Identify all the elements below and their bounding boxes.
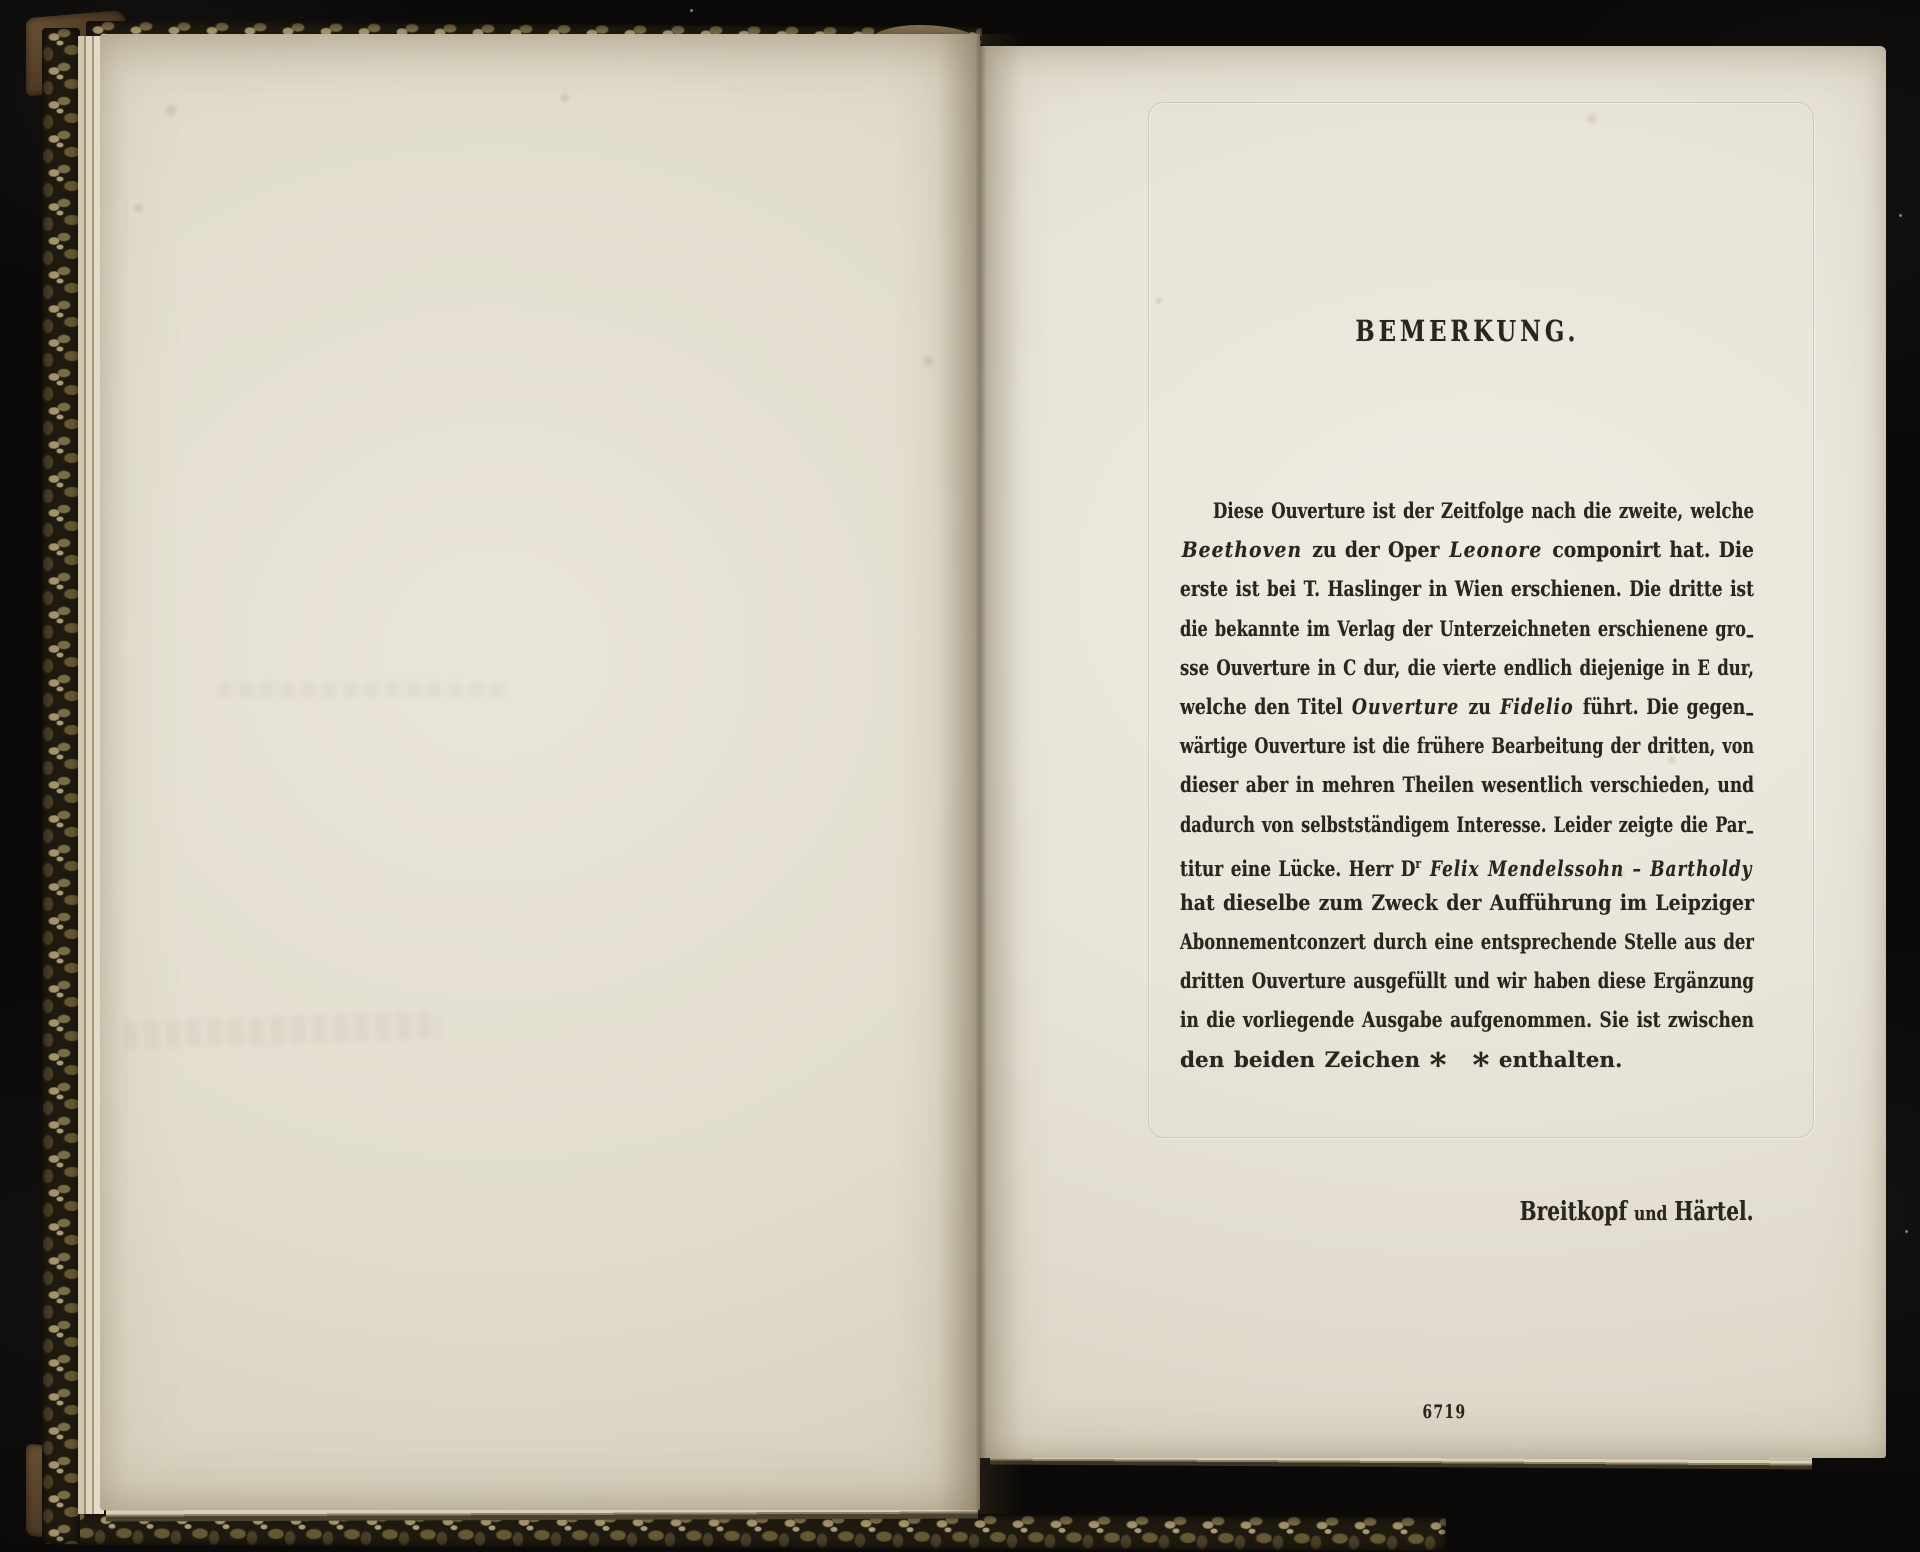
show-through-smudge xyxy=(124,1010,443,1049)
foxing-spot xyxy=(1154,296,1164,305)
paragraph-line: sse Ouverture in C dur, die vierte endli… xyxy=(1180,649,1754,688)
dust-speck xyxy=(690,9,693,12)
paragraph-line: erste ist bei T. Haslinger in Wien ersch… xyxy=(1180,570,1754,609)
foxing-spot xyxy=(162,102,180,118)
paragraph-line: wärtige Ouverture ist die frühere Bearbe… xyxy=(1180,727,1754,766)
paragraph-line: dieser aber in mehren Theilen wesentlich… xyxy=(1180,766,1754,805)
signature-conjunction: und xyxy=(1634,1201,1667,1225)
paragraph-line: in die vorliegende Ausgabe aufgenommen. … xyxy=(1180,1001,1754,1040)
paragraph: Diese Ouverture ist der Zeitfolge nach d… xyxy=(1180,492,1754,1080)
paragraph-line: welche den Titel Ouverture zu Fidelio fü… xyxy=(1180,688,1754,727)
show-through-smudge xyxy=(218,682,510,697)
foxing-spot xyxy=(1584,112,1599,125)
paragraph-line: dadurch von selbstständigem Interesse. L… xyxy=(1180,806,1754,845)
right-page: BEMERKUNG. Diese Ouverture ist der Zeitf… xyxy=(978,46,1886,1458)
foxing-spot xyxy=(920,354,937,369)
dust-speck xyxy=(1905,1230,1908,1233)
paragraph-line: hat dieselbe zum Zweck der Aufführung im… xyxy=(1180,884,1754,923)
paragraph-line: Beethoven zu der Oper Leonore componirt … xyxy=(1180,531,1754,570)
dust-speck xyxy=(1899,214,1902,217)
plate-number: 6719 xyxy=(1157,1400,1731,1424)
paragraph-line: den beiden Zeichen ** enthalten. xyxy=(1180,1041,1754,1080)
foxing-spot xyxy=(558,92,572,104)
page-title: BEMERKUNG. xyxy=(1180,314,1754,348)
publisher-name-first: Breitkopf xyxy=(1520,1197,1627,1227)
paragraph-line: Diese Ouverture ist der Zeitfolge nach d… xyxy=(1180,492,1754,531)
publisher-name-second: Härtel. xyxy=(1675,1197,1754,1227)
paragraph-line: dritten Ouverture ausgefüllt und wir hab… xyxy=(1180,962,1754,1001)
left-page-blank xyxy=(100,34,980,1510)
foxing-spot xyxy=(132,202,145,214)
page-title-text: BEMERKUNG. xyxy=(1355,314,1579,348)
paragraph-line: titur eine Lücke. Herr Dr Felix Mendelss… xyxy=(1180,845,1754,884)
paragraph-line: die bekannte im Verlag der Unterzeichnet… xyxy=(1180,610,1754,649)
marbled-cover-left-edge xyxy=(42,28,80,1544)
publisher-signature: Breitkopf und Härtel. xyxy=(1180,1196,1778,1229)
paragraph-line: Abonnementconzert durch eine entsprechen… xyxy=(1180,923,1754,962)
